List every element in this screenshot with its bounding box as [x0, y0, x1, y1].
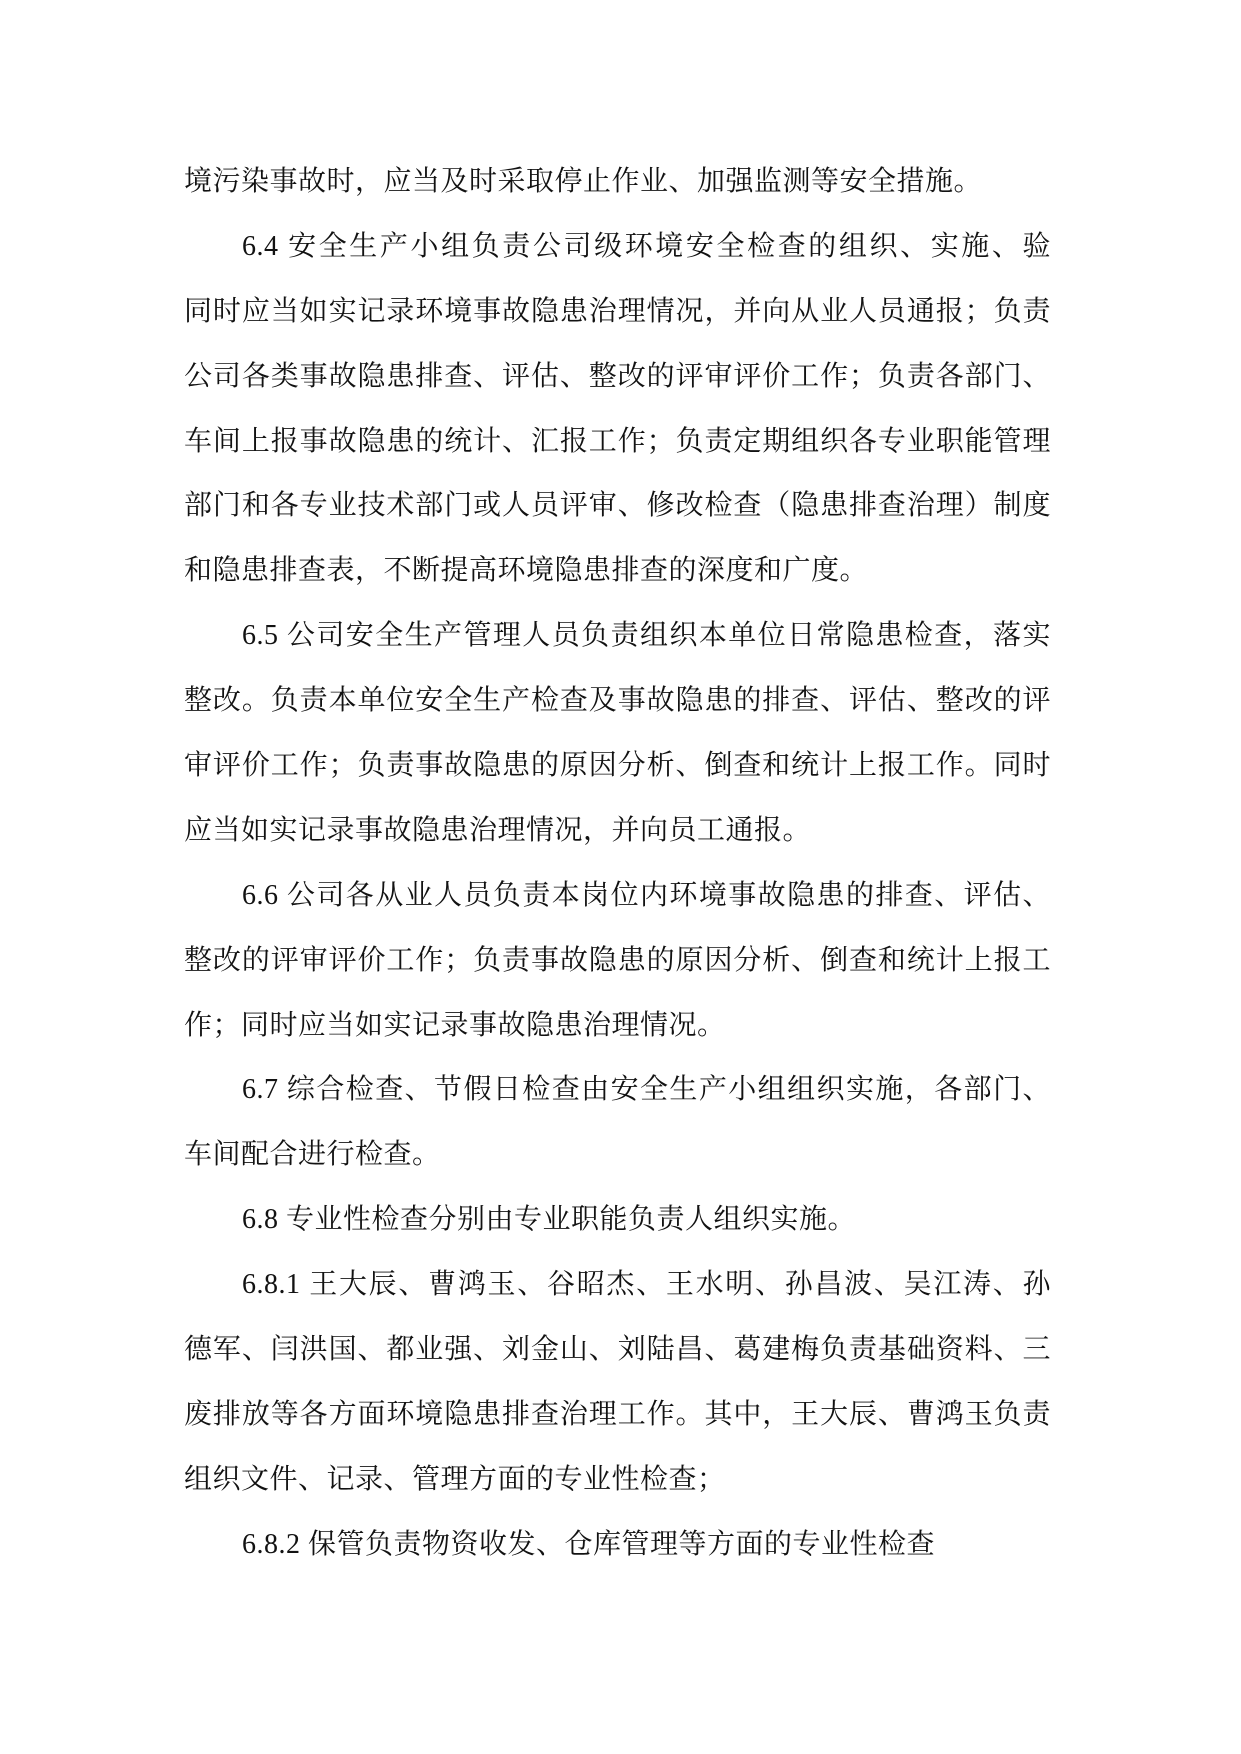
text-line: 审评价工作；负责事故隐患的原因分析、倒查和统计上报工作。同时 [184, 734, 1051, 799]
text-line: 和隐患排查表，不断提高环境隐患排查的深度和广度。 [184, 539, 1051, 604]
text-line: 6.5 公司安全生产管理人员负责组织本单位日常隐患检查，落实 [184, 604, 1051, 669]
text-line: 6.8.1 王大辰、曹鸿玉、谷昭杰、王水明、孙昌波、吴江涛、孙 [184, 1253, 1051, 1318]
text-line: 6.4 安全生产小组负责公司级环境安全检查的组织、实施、验证， [184, 215, 1051, 280]
text-line: 6.6 公司各从业人员负责本岗位内环境事故隐患的排查、评估、 [184, 864, 1051, 929]
document-body: 境污染事故时，应当及时采取停止作业、加强监测等安全措施。6.4 安全生产小组负责… [184, 150, 1051, 1578]
text-line: 车间上报事故隐患的统计、汇报工作；负责定期组织各专业职能管理 [184, 410, 1051, 475]
document-page: 境污染事故时，应当及时采取停止作业、加强监测等安全措施。6.4 安全生产小组负责… [0, 0, 1241, 1754]
text-line: 公司各类事故隐患排查、评估、整改的评审评价工作；负责各部门、 [184, 345, 1051, 410]
text-line: 废排放等各方面环境隐患排查治理工作。其中，王大辰、曹鸿玉负责 [184, 1383, 1051, 1448]
text-line: 组织文件、记录、管理方面的专业性检查； [184, 1448, 1051, 1513]
text-line: 作；同时应当如实记录事故隐患治理情况。 [184, 994, 1051, 1059]
text-line: 部门和各专业技术部门或人员评审、修改检查（隐患排查治理）制度 [184, 474, 1051, 539]
text-line: 6.7 综合检查、节假日检查由安全生产小组组织实施，各部门、 [184, 1058, 1051, 1123]
text-line: 6.8.2 保管负责物资收发、仓库管理等方面的专业性检查 [184, 1513, 1051, 1578]
text-line: 整改。负责本单位安全生产检查及事故隐患的排查、评估、整改的评 [184, 669, 1051, 734]
text-line: 境污染事故时，应当及时采取停止作业、加强监测等安全措施。 [184, 150, 1051, 215]
text-line: 应当如实记录事故隐患治理情况，并向员工通报。 [184, 799, 1051, 864]
text-line: 车间配合进行检查。 [184, 1123, 1051, 1188]
text-line: 德军、闫洪国、都业强、刘金山、刘陆昌、葛建梅负责基础资料、三 [184, 1318, 1051, 1383]
text-line: 同时应当如实记录环境事故隐患治理情况，并向从业人员通报；负责 [184, 280, 1051, 345]
text-line: 整改的评审评价工作；负责事故隐患的原因分析、倒查和统计上报工 [184, 929, 1051, 994]
text-line: 6.8 专业性检查分别由专业职能负责人组织实施。 [184, 1188, 1051, 1253]
